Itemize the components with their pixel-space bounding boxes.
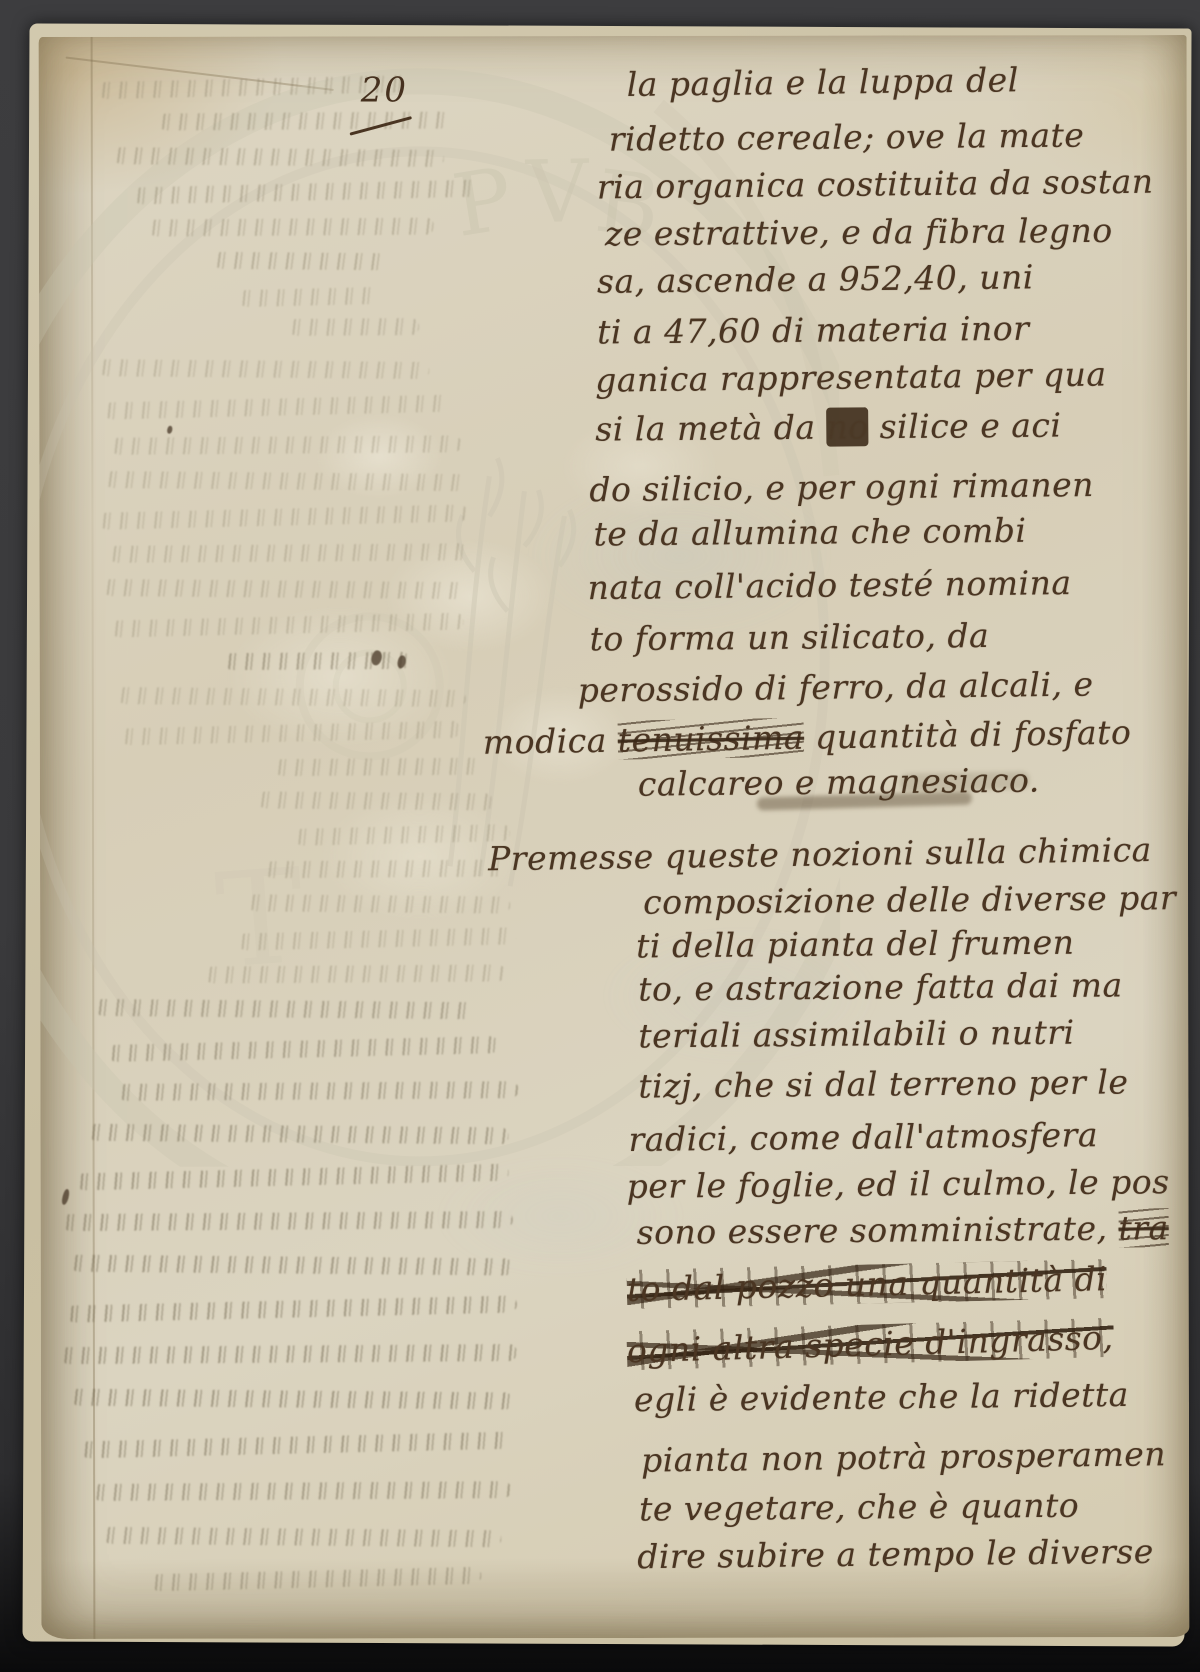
handwritten-text: to forma un silicato, da — [589, 616, 989, 658]
manuscript-line: si la metà da no silice e aci — [595, 407, 1062, 449]
bleedthrough-line — [114, 147, 444, 167]
bleedthrough-line — [248, 894, 510, 913]
bleedthrough-line — [61, 1344, 517, 1364]
handwritten-text: si la metà da — [595, 408, 827, 449]
handwritten-text: composizione delle diverse par — [643, 878, 1176, 922]
page-number: 20 — [361, 70, 408, 110]
manuscript-line: ze estrattive, e da fibra legno — [605, 212, 1113, 253]
bleedthrough-line — [258, 791, 493, 810]
manuscript-line: tizj, che si dal terreno per le — [638, 1063, 1128, 1105]
manuscript-page: P V B T 20 la paglia e la luppa delridet… — [39, 35, 1190, 1639]
bleedthrough-line — [103, 1527, 501, 1547]
bleedthrough-line — [214, 252, 389, 271]
watermark-letter-v: V — [524, 142, 591, 243]
bleedthrough-line — [109, 543, 467, 562]
manuscript-line: per le foglie, ed il culmo, le pos — [626, 1163, 1169, 1206]
photo-background: P V B T 20 la paglia e la luppa delridet… — [0, 0, 1200, 1672]
handwritten-text: dire subire a tempo le diverse — [637, 1532, 1154, 1576]
struck-text: tenuissima — [618, 718, 805, 760]
manuscript-line: do silicio, e per ogni rimanen — [589, 466, 1094, 509]
manuscript-line: teriali assimilabili o nutri — [638, 1014, 1075, 1056]
handwritten-text: te vegetare, che è quanto — [639, 1486, 1079, 1529]
bleedthrough-line — [63, 1211, 513, 1231]
manuscript-line: te vegetare, che è quanto — [639, 1487, 1079, 1529]
bleedthrough-line — [275, 758, 480, 776]
bleedthrough-line — [99, 359, 429, 379]
bleedthrough-line — [239, 287, 379, 307]
bleedthrough-line — [118, 687, 466, 707]
manuscript-line: ti a 47,60 di materia inor — [597, 310, 1030, 352]
handwritten-text: la paglia e la luppa del — [626, 60, 1019, 104]
handwritten-text: per le foglie, ed il culmo, le pos — [626, 1162, 1169, 1206]
manuscript-line: to, e astrazione fatta dai ma — [638, 966, 1123, 1008]
wheat-sheaf-motif — [449, 458, 574, 886]
handwritten-text: ti della pianta del frumen — [636, 923, 1075, 966]
handwritten-text: tizj, che si dal terreno per le — [638, 1062, 1128, 1105]
handwritten-text: sa, ascende a 952,40, uni — [597, 257, 1034, 301]
bleedthrough-line — [289, 318, 419, 336]
struck-text: no — [826, 407, 868, 446]
manuscript-line: ganica rappresentata per qua — [595, 355, 1107, 399]
bleedthrough-line — [105, 471, 465, 491]
handwritten-text: ganica rappresentata per qua — [595, 354, 1107, 399]
manuscript-line: te da allumina che combi — [593, 512, 1026, 554]
handwritten-text: to, e astrazione fatta dai ma — [638, 965, 1123, 1008]
handwritten-text: ridetto cereale; ove la mate — [609, 116, 1085, 159]
handwritten-text: ria organica costituita da sostan — [597, 162, 1154, 207]
handwritten-text: teriali assimilabili o nutri — [638, 1013, 1075, 1056]
handwritten-text: pianta non potrà prosperamen — [641, 1434, 1166, 1479]
ink-smudge-faint — [900, 771, 1030, 791]
handwritten-text: nata coll'acido testé nomina — [587, 563, 1071, 607]
manuscript-line: pianta non potrà prosperamen — [641, 1435, 1166, 1479]
handwritten-text: quantità di fosfato — [804, 713, 1132, 757]
manuscript-line: to forma un silicato, da — [589, 617, 989, 658]
manuscript-line: ria organica costituita da sostan — [597, 163, 1154, 207]
handwritten-text: ti a 47,60 di materia inor — [597, 309, 1030, 352]
struck-text: tra — [1118, 1208, 1169, 1247]
manuscript-line: dire subire a tempo le diverse — [637, 1533, 1154, 1576]
manuscript-line: radici, come dall'atmosfera — [628, 1116, 1098, 1159]
bleedthrough-line — [205, 964, 505, 983]
manuscript-line: la paglia e la luppa del — [626, 61, 1019, 104]
bleedthrough-line — [95, 999, 475, 1019]
handwritten-text: do silicio, e per ogni rimanen — [589, 465, 1094, 509]
manuscript-line: nata coll'acido testé nomina — [587, 564, 1071, 607]
handwritten-text: sono essere somministrate, — [637, 1209, 1119, 1252]
manuscript-line: sono essere somministrate, tra — [637, 1209, 1169, 1252]
bleedthrough-line — [159, 112, 449, 131]
bleedthrough-line — [265, 860, 505, 879]
handwritten-text: modica — [483, 721, 619, 762]
bleedthrough-line — [93, 1481, 511, 1501]
bleedthrough-line — [111, 435, 461, 454]
manuscript-line: sa, ascende a 952,40, uni — [597, 258, 1034, 301]
bleedthrough-line — [118, 1081, 518, 1101]
bleedthrough-line — [149, 218, 434, 237]
handwritten-text: perossido di ferro, da alcali, e — [578, 664, 1094, 709]
handwritten-text: egli è evidente che la ridetta — [634, 1375, 1129, 1419]
manuscript-line: ridetto cereale; ove la mate — [609, 117, 1085, 159]
bleedthrough-line — [103, 579, 465, 599]
manuscript-line: composizione delle diverse par — [643, 879, 1176, 922]
handwritten-text: ze estrattive, e da fibra legno — [605, 211, 1113, 254]
manuscript-line: perossido di ferro, da alcali, e — [578, 665, 1094, 709]
handwritten-text: te da allumina che combi — [593, 511, 1026, 554]
handwritten-text: silice e aci — [868, 406, 1061, 447]
manuscript-line: ti della pianta del frumen — [636, 924, 1075, 966]
manuscript-line: egli è evidente che la ridetta — [634, 1376, 1129, 1419]
handwritten-text: radici, come dall'atmosfera — [628, 1115, 1098, 1159]
